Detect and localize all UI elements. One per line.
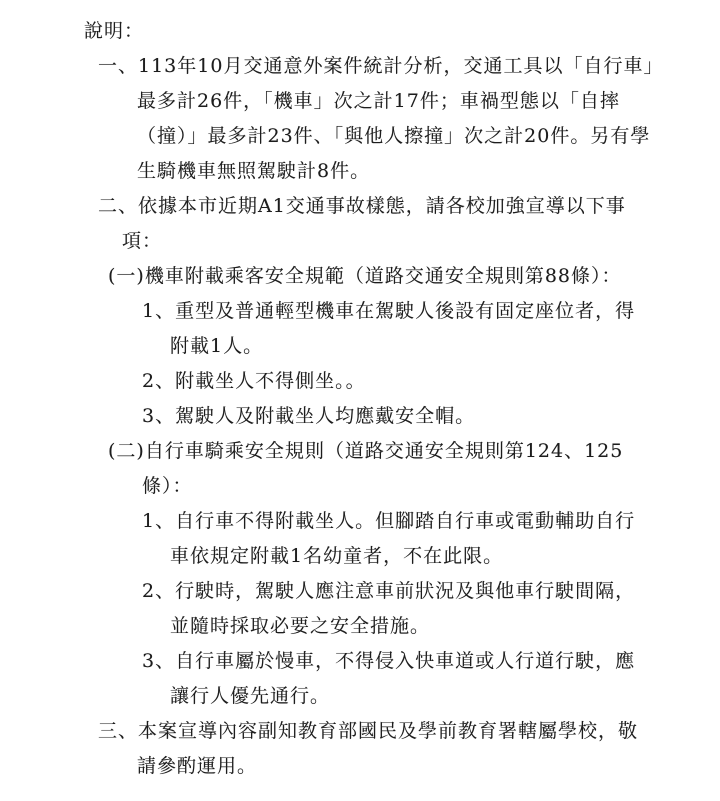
document-line: 一、113年10月交通意外案件統計分析，交通工具以「自行車」 <box>0 49 700 84</box>
document-line: 1、重型及普通輕型機車在駕駛人後設有固定座位者，得 <box>0 294 700 329</box>
document-line: 車依規定附載1名幼童者，不在此限。 <box>0 539 700 574</box>
document-line: 請參酌運用。 <box>0 749 700 784</box>
document-line: 最多計26件，「機車」次之計17件；車禍型態以「自摔 <box>0 84 700 119</box>
document-line: 條）： <box>0 469 700 504</box>
document-page: 說明：一、113年10月交通意外案件統計分析，交通工具以「自行車」最多計26件，… <box>0 0 720 801</box>
document-line: 三、本案宣導內容副知教育部國民及學前教育署轄屬學校，敬 <box>0 714 700 749</box>
document-line: 3、自行車屬於慢車，不得侵入快車道或人行道行駛，應 <box>0 644 700 679</box>
document-line: （撞）」最多計23件、「與他人擦撞」次之計20件。另有學 <box>0 119 700 154</box>
document-line: 2、行駛時，駕駛人應注意車前狀況及與他車行駛間隔， <box>0 574 700 609</box>
document-body: 說明：一、113年10月交通意外案件統計分析，交通工具以「自行車」最多計26件，… <box>0 14 700 784</box>
document-line: 3、駕駛人及附載坐人均應戴安全帽。 <box>0 399 700 434</box>
document-line: 項： <box>0 224 700 259</box>
document-line: 生騎機車無照駕駛計8件。 <box>0 154 700 189</box>
document-line: (一)機車附載乘客安全規範（道路交通安全規則第88條）： <box>0 259 700 294</box>
document-line: 並隨時採取必要之安全措施。 <box>0 609 700 644</box>
document-line: 二、依據本市近期A1交通事故樣態，請各校加強宣導以下事 <box>0 189 700 224</box>
document-line: 1、自行車不得附載坐人。但腳踏自行車或電動輔助自行 <box>0 504 700 539</box>
document-line: 附載1人。 <box>0 329 700 364</box>
document-line: 2、附載坐人不得側坐。。 <box>0 364 700 399</box>
document-heading: 說明： <box>0 14 700 49</box>
document-line: 讓行人優先通行。 <box>0 679 700 714</box>
document-line: (二)自行車騎乘安全規則（道路交通安全規則第124、125 <box>0 434 700 469</box>
